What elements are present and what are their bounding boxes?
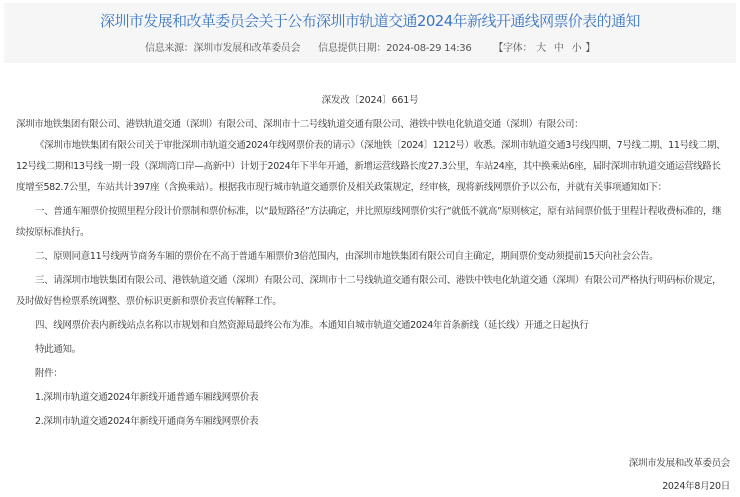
paragraph-item-3: 三、请深圳市地铁集团有限公司、港铁轨道交通（深圳）有限公司、深圳市十二号线轨道交… — [16, 270, 728, 312]
font-size-large-button[interactable]: 大 — [536, 42, 546, 56]
font-size-label: 【字体： — [493, 43, 532, 54]
info-source: 信息来源：深圳市发展和改革委员会 — [145, 43, 300, 54]
article-header: 深圳市发展和改革委员会关于公布深圳市轨道交通2024年新线开通线网票价表的通知 … — [4, 3, 736, 63]
attachments-label: 附件： — [16, 363, 728, 384]
font-size-close-bracket: 】 — [585, 43, 595, 54]
font-size-small-button[interactable]: 小 — [572, 42, 582, 56]
info-date: 信息提供日期：2024-08-29 14:36 — [318, 43, 471, 54]
paragraph-item-4: 四、线网票价表内新线站点名称以市规划和自然资源局最终公布为准。本通知自城市轨道交… — [16, 315, 728, 336]
paragraph-item-1: 一、普通车厢票价按照里程分段计价票制和票价标准，以“最短路径”方法确定，并比照原… — [16, 201, 728, 243]
font-size-control: 【字体：大中小】 — [493, 43, 595, 54]
attachment-1: 1.深圳市轨道交通2024年新线开通普通车厢线网票价表 — [16, 387, 728, 408]
document-body: 深圳市地铁集团有限公司、港铁轨道交通（深圳）有限公司、深圳市十二号线轨道交通有限… — [16, 114, 728, 432]
paragraph-intro: 《深圳市地铁集团有限公司关于审批深圳市轨道交通2024年线网票价表的请示》（深地… — [16, 135, 728, 198]
document-number: 深发改〔2024〕661号 — [0, 94, 740, 107]
paragraph-item-2: 二、原则同意11号线两节商务车厢的票价在不高于普通车厢票价3倍范围内，由深圳市地… — [16, 246, 728, 267]
closing-note: 特此通知。 — [16, 339, 728, 360]
article-meta: 信息来源：深圳市发展和改革委员会信息提供日期：2024-08-29 14:36【… — [4, 42, 736, 56]
font-size-medium-button[interactable]: 中 — [554, 42, 564, 56]
page-title: 深圳市发展和改革委员会关于公布深圳市轨道交通2024年新线开通线网票价表的通知 — [4, 12, 736, 30]
issuer: 深圳市发展和改革委员会 — [629, 452, 730, 475]
signature-block: 深圳市发展和改革委员会 2024年8月20日 — [629, 452, 730, 497]
attachment-2: 2.深圳市轨道交通2024年新线开通商务车厢线网票价表 — [16, 411, 728, 432]
addressees: 深圳市地铁集团有限公司、港铁轨道交通（深圳）有限公司、深圳市十二号线轨道交通有限… — [16, 114, 728, 135]
issue-date: 2024年8月20日 — [629, 475, 730, 497]
